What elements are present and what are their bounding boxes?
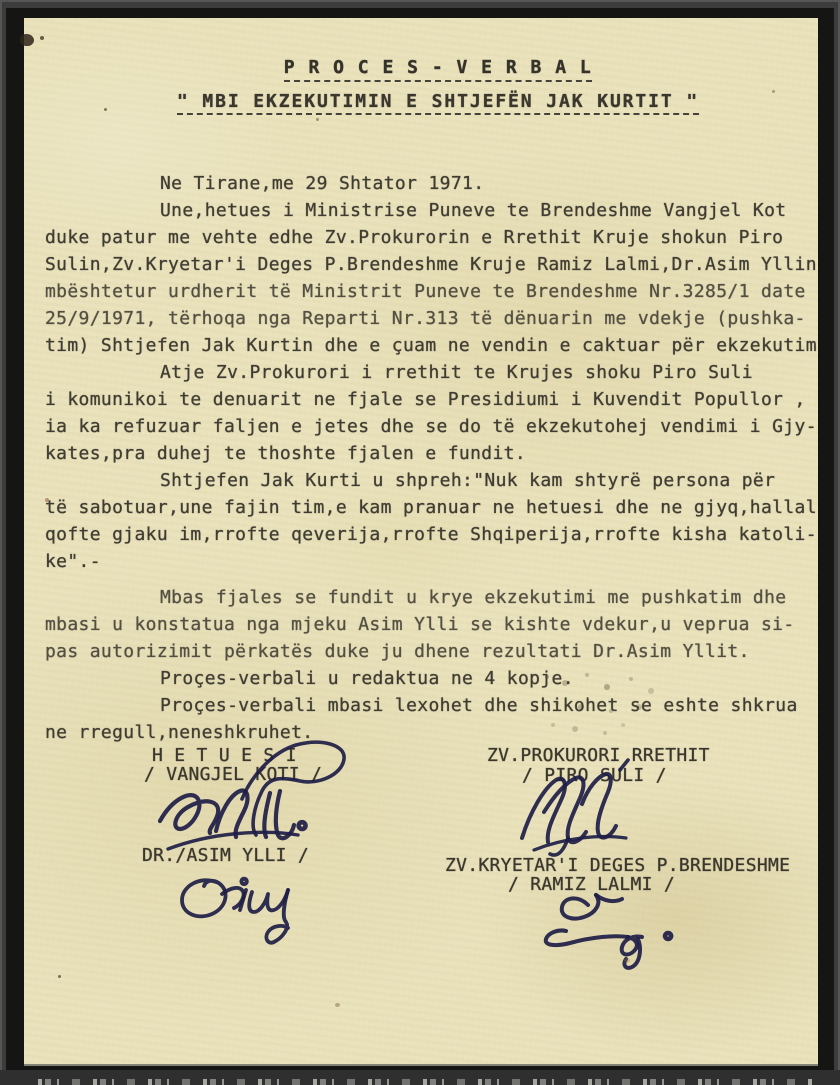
document-page: P R O C E S - V E R B A L " MBI EKZEKUTI… [24, 18, 818, 1064]
document-line: tim) Shtjefen Jak Kurtin dhe e çuam ne v… [45, 332, 825, 359]
ink-speck [729, 348, 731, 350]
document-line: Sulin,Zv.Kryetar'i Deges P.Brendeshme Kr… [45, 251, 825, 278]
document-line: të sabotuar,une fajin tim,e kam pranuar … [45, 494, 825, 521]
ink-speck [316, 118, 319, 121]
faded-stamp [545, 675, 549, 679]
document-subtitle: " MBI EKZEKUTIMIN E SHTJEFËN JAK KURTIT … [177, 91, 699, 115]
document-line: pas autorizimit përkatës duke ju dhene r… [45, 638, 825, 665]
document-line: ke".- [45, 548, 825, 575]
ink-speck [20, 34, 34, 46]
document-line: Mbas fjales se fundit u krye ekzekutimi … [45, 584, 825, 611]
document-line: Ne Tirane,me 29 Shtator 1971. [45, 170, 825, 197]
document-title: P R O C E S - V E R B A L [284, 57, 592, 82]
ink-speck [58, 975, 61, 978]
cropped-caption-strip [0, 1070, 840, 1085]
document-line: mbasi u konstatua nga mjeku Asim Ylli se… [45, 611, 825, 638]
ink-speck [772, 90, 775, 93]
document-line: Une,hetues i Ministrise Puneve te Brende… [45, 197, 825, 224]
document-line: duke patur me vehte edhe Zv.Prokurorin e… [45, 224, 825, 251]
document-line: kates,pra duhej te thoshte fjalen e fund… [45, 440, 825, 467]
signature-ramiz-lalmi [528, 873, 693, 981]
signature-asim-ylli [170, 858, 310, 956]
ink-speck [104, 108, 107, 111]
document-line: ia ka refuzuar faljen e jetes dhe se do … [45, 413, 825, 440]
cropped-caption-glyph-tops [38, 1079, 814, 1085]
signature-vangjel-koti [146, 731, 376, 876]
ink-speck [40, 36, 44, 40]
document-line: mbështetur urdherit të Ministrit Puneve … [45, 278, 825, 305]
document-line: Proçes-verbali u redaktua ne 4 kopje. [45, 665, 825, 692]
document-line: Proçes-verbali mbasi lexohet dhe shikohe… [45, 692, 825, 719]
document-line: qofte gjaku im,rrofte qeverija,rrofte Sh… [45, 521, 825, 548]
document-header: P R O C E S - V E R B A L " MBI EKZEKUTI… [24, 57, 818, 115]
signature-piro-suli [502, 746, 662, 868]
document-line: 25/9/1971, tërhoqa nga Reparti Nr.313 të… [45, 305, 825, 332]
ink-speck [335, 1003, 340, 1007]
ink-speck [624, 958, 630, 963]
document-line: i komunikoi te denuarit ne fjale se Pres… [45, 386, 825, 413]
scanned-document-photo: P R O C E S - V E R B A L " MBI EKZEKUTI… [0, 0, 840, 1085]
document-line: Shtjefen Jak Kurti u shpreh:"Nuk kam sht… [45, 467, 825, 494]
ink-speck [45, 498, 49, 502]
document-body: Ne Tirane,me 29 Shtator 1971. Une,hetues… [45, 170, 825, 746]
document-line: Atje Zv.Prokurori i rrethit te Krujes sh… [45, 359, 825, 386]
